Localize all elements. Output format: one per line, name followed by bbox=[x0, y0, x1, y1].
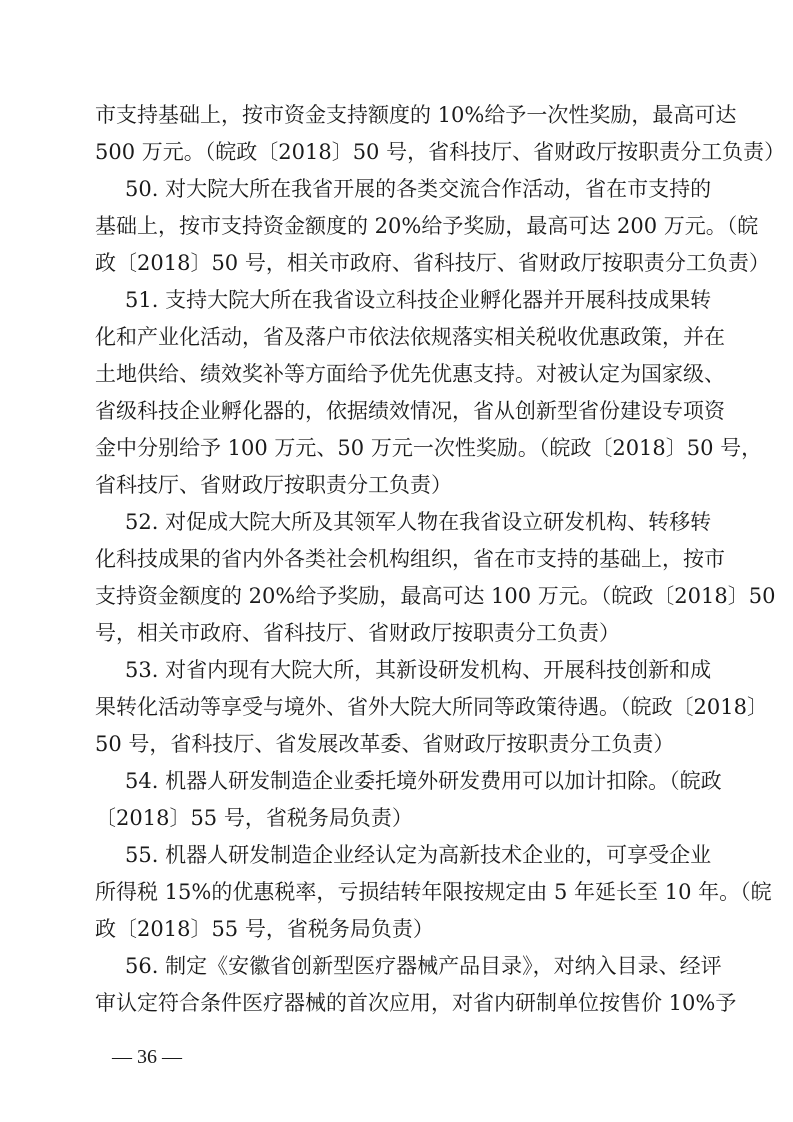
text-line: 化科技成果的省内外各类社会机构组织，省在市支持的基础上，按市 bbox=[95, 541, 699, 578]
text-line: 政〔2018〕50 号，相关市政府、省科技厅、省财政厅按职责分工负责） bbox=[95, 245, 699, 282]
text-line: 市支持基础上，按市资金支持额度的 10%给予一次性奖励，最高可达 bbox=[95, 97, 699, 134]
text-line: 果转化活动等享受与境外、省外大院大所同等政策待遇。（皖政〔2018〕 bbox=[95, 689, 699, 726]
text-line: 支持资金额度的 20%给予奖励，最高可达 100 万元。（皖政〔2018〕50 bbox=[95, 578, 699, 615]
text-line: 所得税 15%的优惠税率，亏损结转年限按规定由 5 年延长至 10 年。（皖 bbox=[95, 874, 699, 911]
text-line: 500 万元。（皖政〔2018〕50 号，省科技厅、省财政厅按职责分工负责） bbox=[95, 134, 699, 171]
text-line: 50 号，省科技厅、省发展改革委、省财政厅按职责分工负责） bbox=[95, 726, 699, 763]
text-line: 审认定符合条件医疗器械的首次应用，对省内研制单位按售价 10%予 bbox=[95, 985, 699, 1022]
item-50-start: 50. 对大院大所在我省开展的各类交流合作活动，省在市支持的 bbox=[95, 171, 699, 208]
document-body: 市支持基础上，按市资金支持额度的 10%给予一次性奖励，最高可达 500 万元。… bbox=[95, 97, 699, 1022]
item-56-start: 56. 制定《安徽省创新型医疗器械产品目录》，对纳入目录、经评 bbox=[95, 948, 699, 985]
text-line: 基础上，按市支持资金额度的 20%给予奖励，最高可达 200 万元。（皖 bbox=[95, 208, 699, 245]
text-line: 省级科技企业孵化器的，依据绩效情况，省从创新型省份建设专项资 bbox=[95, 393, 699, 430]
text-line: 土地供给、绩效奖补等方面给予优先优惠支持。对被认定为国家级、 bbox=[95, 356, 699, 393]
text-line: 政〔2018〕55 号，省税务局负责） bbox=[95, 911, 699, 948]
text-line: 金中分别给予 100 万元、50 万元一次性奖励。（皖政〔2018〕50 号， bbox=[95, 430, 699, 467]
text-line: 省科技厅、省财政厅按职责分工负责） bbox=[95, 467, 699, 504]
item-54-start: 54. 机器人研发制造企业委托境外研发费用可以加计扣除。（皖政 bbox=[95, 763, 699, 800]
item-51-start: 51. 支持大院大所在我省设立科技企业孵化器并开展科技成果转 bbox=[95, 282, 699, 319]
item-53-start: 53. 对省内现有大院大所，其新设研发机构、开展科技创新和成 bbox=[95, 652, 699, 689]
item-52-start: 52. 对促成大院大所及其领军人物在我省设立研发机构、转移转 bbox=[95, 504, 699, 541]
text-line: 〔2018〕55 号，省税务局负责） bbox=[95, 800, 699, 837]
text-line: 号，相关市政府、省科技厅、省财政厅按职责分工负责） bbox=[95, 615, 699, 652]
page-number: — 36 — bbox=[112, 1046, 182, 1069]
text-line: 化和产业化活动，省及落户市依法依规落实相关税收优惠政策，并在 bbox=[95, 319, 699, 356]
item-55-start: 55. 机器人研发制造企业经认定为高新技术企业的，可享受企业 bbox=[95, 837, 699, 874]
